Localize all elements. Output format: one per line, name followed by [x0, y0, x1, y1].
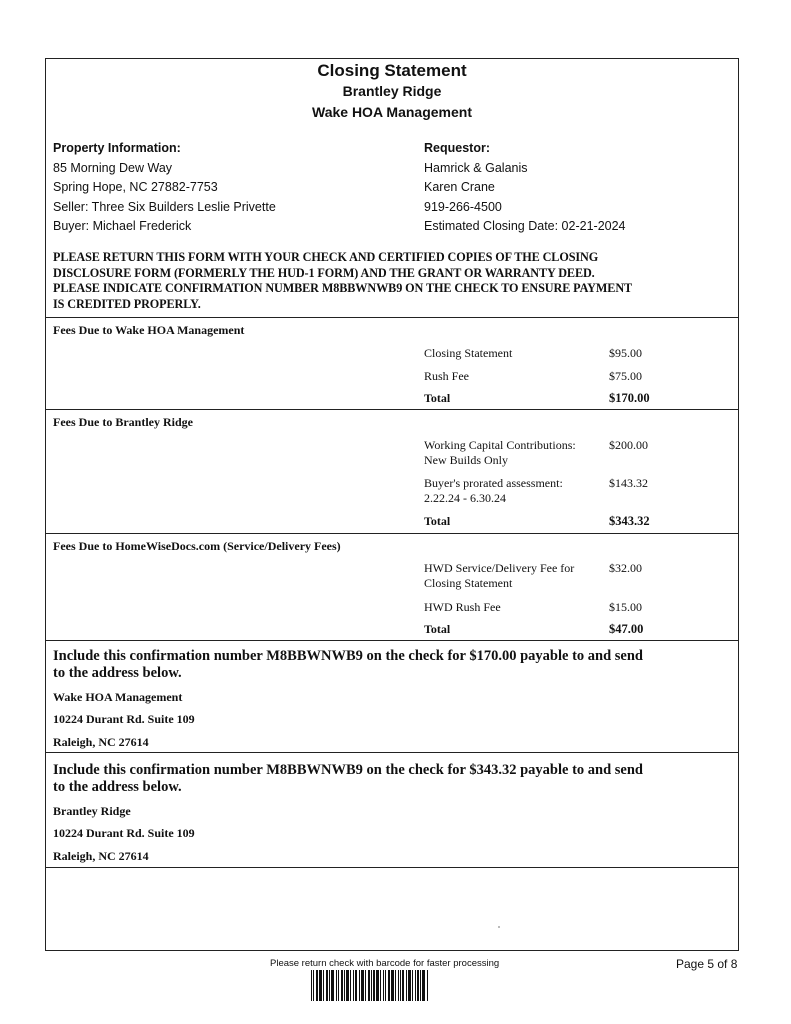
document-page: Closing Statement Brantley Ridge Wake HO…: [0, 0, 791, 1024]
requestor-heading: Requestor:: [424, 139, 626, 159]
property-buyer: Buyer: Michael Frederick: [53, 217, 276, 237]
fee-amount: $95.00: [609, 346, 642, 361]
divider: [46, 867, 738, 868]
fee-label: HWD Service/Delivery Fee for Closing Sta…: [424, 561, 604, 591]
barcode-icon: [311, 970, 429, 1001]
notice-line: DISCLOSURE FORM (FORMERLY THE HUD-1 FORM…: [53, 266, 733, 282]
divider: [46, 533, 738, 534]
instruction-line: Include this confirmation number M8BBWNW…: [53, 762, 733, 779]
requestor-firm: Hamrick & Galanis: [424, 159, 626, 179]
payee-name: Wake HOA Management: [53, 690, 182, 705]
property-city-line: Spring Hope, NC 27882-7753: [53, 178, 276, 198]
notice-line: PLEASE INDICATE CONFIRMATION NUMBER M8BB…: [53, 281, 733, 297]
total-amount: $170.00: [609, 391, 650, 406]
requestor-phone: 919-266-4500: [424, 198, 626, 218]
payee-city: Raleigh, NC 27614: [53, 735, 149, 750]
divider: [46, 317, 738, 318]
management-name: Wake HOA Management: [46, 104, 738, 120]
divider: [46, 640, 738, 641]
property-seller: Seller: Three Six Builders Leslie Privet…: [53, 198, 276, 218]
instruction-line: Include this confirmation number M8BBWNW…: [53, 648, 733, 665]
page-number: Page 5 of 8: [676, 957, 737, 971]
fee-label-line: New Builds Only: [424, 453, 508, 467]
payee-street: 10224 Durant Rd. Suite 109: [53, 826, 195, 841]
section-heading-wake-hoa: Fees Due to Wake HOA Management: [53, 323, 244, 338]
total-label: Total: [424, 514, 604, 529]
payee-street: 10224 Durant Rd. Suite 109: [53, 712, 195, 727]
notice-line: IS CREDITED PROPERLY.: [53, 297, 733, 313]
fee-label: Working Capital Contributions: New Build…: [424, 438, 604, 468]
community-name: Brantley Ridge: [46, 83, 738, 99]
fee-label: Buyer's prorated assessment: 2.22.24 - 6…: [424, 476, 604, 506]
divider: [46, 752, 738, 753]
barcode-note: Please return check with barcode for fas…: [270, 958, 499, 969]
total-label: Total: [424, 391, 604, 406]
requestor-information: Requestor: Hamrick & Galanis Karen Crane…: [424, 139, 626, 237]
property-heading: Property Information:: [53, 139, 276, 159]
fee-amount: $32.00: [609, 561, 642, 576]
instruction-line: to the address below.: [53, 779, 733, 796]
fee-amount: $200.00: [609, 438, 648, 453]
fee-label-line: Buyer's prorated assessment:: [424, 476, 563, 490]
payee-city: Raleigh, NC 27614: [53, 849, 149, 864]
fee-amount: $143.32: [609, 476, 648, 491]
fee-amount: $75.00: [609, 369, 642, 384]
fee-label: Rush Fee: [424, 369, 604, 384]
property-information: Property Information: 85 Morning Dew Way…: [53, 139, 276, 237]
fee-label: HWD Rush Fee: [424, 600, 604, 615]
fee-amount: $15.00: [609, 600, 642, 615]
payee-name: Brantley Ridge: [53, 804, 131, 819]
section-heading-homewisedocs: Fees Due to HomeWiseDocs.com (Service/De…: [53, 539, 341, 554]
instruction-line: to the address below.: [53, 665, 733, 682]
return-instructions: PLEASE RETURN THIS FORM WITH YOUR CHECK …: [53, 250, 733, 312]
fee-label-line: 2.22.24 - 6.30.24: [424, 491, 506, 505]
divider: [46, 409, 738, 410]
payment-instruction-wake-hoa: Include this confirmation number M8BBWNW…: [53, 648, 733, 682]
fee-label-line: HWD Service/Delivery Fee for: [424, 561, 574, 575]
notice-line: PLEASE RETURN THIS FORM WITH YOUR CHECK …: [53, 250, 733, 266]
total-label: Total: [424, 622, 604, 637]
fee-label: Closing Statement: [424, 346, 604, 361]
requestor-contact: Karen Crane: [424, 178, 626, 198]
document-title: Closing Statement: [46, 61, 738, 81]
fee-label-line: Working Capital Contributions:: [424, 438, 576, 452]
section-heading-brantley-ridge: Fees Due to Brantley Ridge: [53, 415, 193, 430]
fee-label-line: Closing Statement: [424, 576, 512, 590]
total-amount: $343.32: [609, 514, 650, 529]
estimated-closing-date: Estimated Closing Date: 02-21-2024: [424, 217, 626, 237]
total-amount: $47.00: [609, 622, 643, 637]
property-address-line: 85 Morning Dew Way: [53, 159, 276, 179]
payment-instruction-brantley-ridge: Include this confirmation number M8BBWNW…: [53, 762, 733, 796]
scan-speck: [498, 926, 500, 928]
statement-frame: Closing Statement Brantley Ridge Wake HO…: [45, 58, 739, 951]
